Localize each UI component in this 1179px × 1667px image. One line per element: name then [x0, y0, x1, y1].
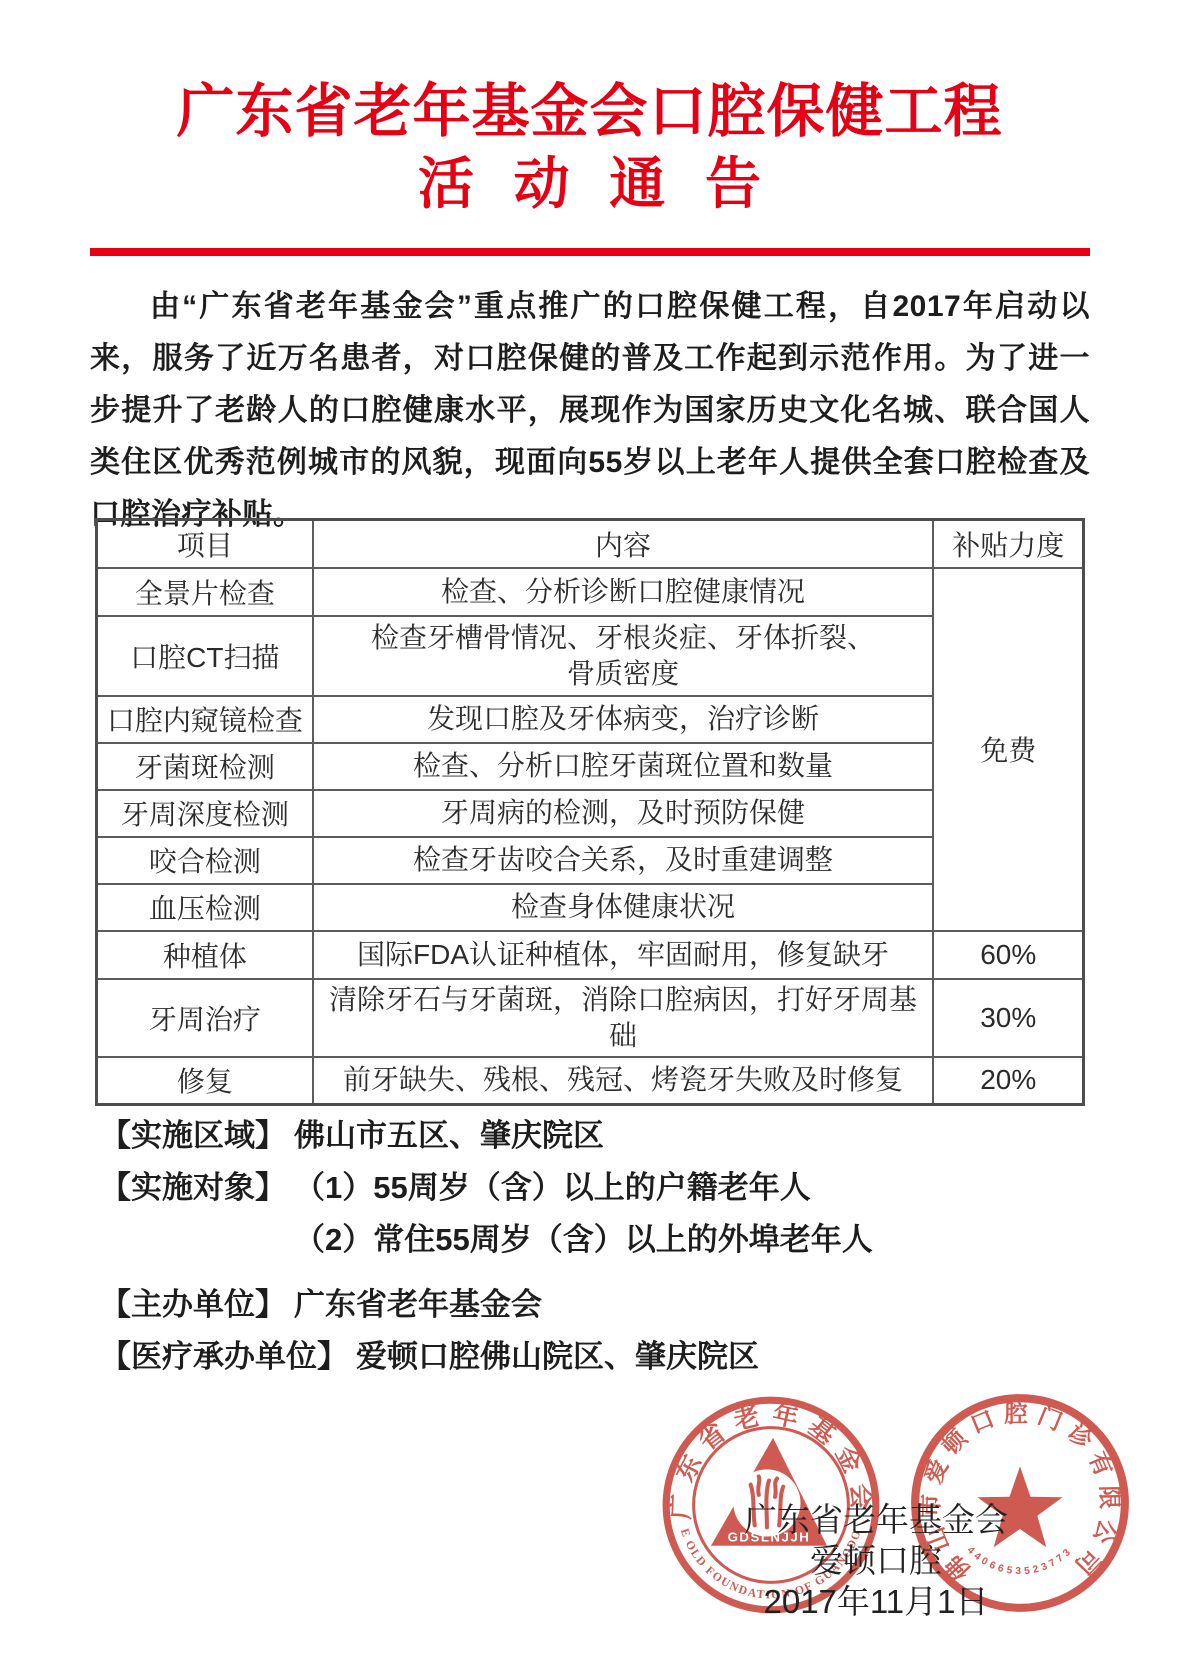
- signature-org-1: 广东省老年基金会: [676, 1499, 1076, 1540]
- cell-content: 清除牙石与牙菌斑，消除口腔病因，打好牙周基础: [313, 979, 934, 1057]
- cell-item: 全景片检查: [97, 568, 313, 616]
- table-row: 牙周治疗 清除牙石与牙菌斑，消除口腔病因，打好牙周基础 30%: [97, 979, 1084, 1057]
- cell-item: 牙周深度检测: [97, 790, 313, 837]
- cell-item: 种植体: [97, 931, 313, 979]
- target-label: 【实施对象】: [100, 1168, 286, 1207]
- organizer-value: 广东省老年基金会: [294, 1285, 1110, 1324]
- cell-subsidy: 60%: [933, 931, 1083, 979]
- page-subtitle: 活 动 通 告: [0, 150, 1179, 218]
- target-item-2: （2）常住55周岁（含）以上的外埠老年人: [294, 1220, 1110, 1259]
- cell-content: 检查牙齿咬合关系，及时重建调整: [313, 837, 934, 884]
- cell-item: 口腔内窥镜检查: [97, 696, 313, 743]
- cell-item: 口腔CT扫描: [97, 616, 313, 696]
- medical-value: 爱顿口腔佛山院区、肇庆院区: [356, 1337, 1110, 1376]
- organizer-label: 【主办单位】: [100, 1285, 286, 1324]
- table-row: 全景片检查 检查、分析诊断口腔健康情况 免费: [97, 568, 1084, 616]
- signature-date: 2017年11月1日: [676, 1581, 1076, 1622]
- cell-item: 牙周治疗: [97, 979, 313, 1057]
- cell-content: 检查身体健康状况: [313, 884, 934, 931]
- table-header-row: 项目 内容 补贴力度: [97, 520, 1084, 568]
- signature-block: 广东省老年基金会 爱顿口腔 2017年11月1日: [676, 1499, 1076, 1622]
- cell-subsidy-free: 免费: [933, 568, 1083, 931]
- intro-paragraph: 由“广东省老年基金会”重点推广的口腔保健工程，自2017年启动以来，服务了近万名…: [90, 281, 1090, 541]
- cell-item: 咬合检测: [97, 837, 313, 884]
- medical-label: 【医疗承办单位】: [100, 1337, 348, 1376]
- cell-item: 修复: [97, 1057, 313, 1105]
- header-subsidy: 补贴力度: [933, 520, 1083, 568]
- target-values: （1）55周岁（含）以上的户籍老年人 （2）常住55周岁（含）以上的外埠老年人: [294, 1168, 1110, 1272]
- region-value: 佛山市五区、肇庆院区: [294, 1116, 1110, 1155]
- subsidy-table: 项目 内容 补贴力度 全景片检查 检查、分析诊断口腔健康情况 免费 口腔CT扫描…: [95, 518, 1085, 1106]
- cell-content: 牙周病的检测，及时预防保健: [313, 790, 934, 837]
- signature-org-2: 爱顿口腔: [676, 1540, 1076, 1581]
- table-row: 修复 前牙缺失、残根、残冠、烤瓷牙失败及时修复 20%: [97, 1057, 1084, 1105]
- header-item: 项目: [97, 520, 313, 568]
- cell-content: 前牙缺失、残根、残冠、烤瓷牙失败及时修复: [313, 1057, 934, 1105]
- title-divider: [90, 248, 1090, 256]
- target-item-1: （1）55周岁（含）以上的户籍老年人: [294, 1168, 1110, 1207]
- cell-content: 检查、分析诊断口腔健康情况: [313, 568, 934, 616]
- cell-item: 牙菌斑检测: [97, 743, 313, 790]
- cell-content: 检查、分析口腔牙菌斑位置和数量: [313, 743, 934, 790]
- cell-item: 血压检测: [97, 884, 313, 931]
- cell-subsidy: 30%: [933, 979, 1083, 1057]
- page-title: 广东省老年基金会口腔保健工程: [0, 76, 1179, 146]
- notice-page: 广东省老年基金会口腔保健工程 活 动 通 告 由“广东省老年基金会”重点推广的口…: [0, 0, 1179, 1667]
- cell-content: 国际FDA认证种植体，牢固耐用，修复缺牙: [313, 931, 934, 979]
- cell-content: 发现口腔及牙体病变，治疗诊断: [313, 696, 934, 743]
- cell-subsidy: 20%: [933, 1057, 1083, 1105]
- info-block: 【实施区域】 佛山市五区、肇庆院区 【实施对象】 （1）55周岁（含）以上的户籍…: [100, 1116, 1110, 1389]
- region-label: 【实施区域】: [100, 1116, 286, 1155]
- info-row-medical: 【医疗承办单位】 爱顿口腔佛山院区、肇庆院区: [100, 1337, 1110, 1376]
- info-row-organizer: 【主办单位】 广东省老年基金会: [100, 1285, 1110, 1324]
- info-row-target: 【实施对象】 （1）55周岁（含）以上的户籍老年人 （2）常住55周岁（含）以上…: [100, 1168, 1110, 1272]
- info-row-region: 【实施区域】 佛山市五区、肇庆院区: [100, 1116, 1110, 1155]
- cell-content: 检查牙槽骨情况、牙根炎症、牙体折裂、 骨质密度: [313, 616, 934, 696]
- table-row: 种植体 国际FDA认证种植体，牢固耐用，修复缺牙 60%: [97, 931, 1084, 979]
- header-content: 内容: [313, 520, 934, 568]
